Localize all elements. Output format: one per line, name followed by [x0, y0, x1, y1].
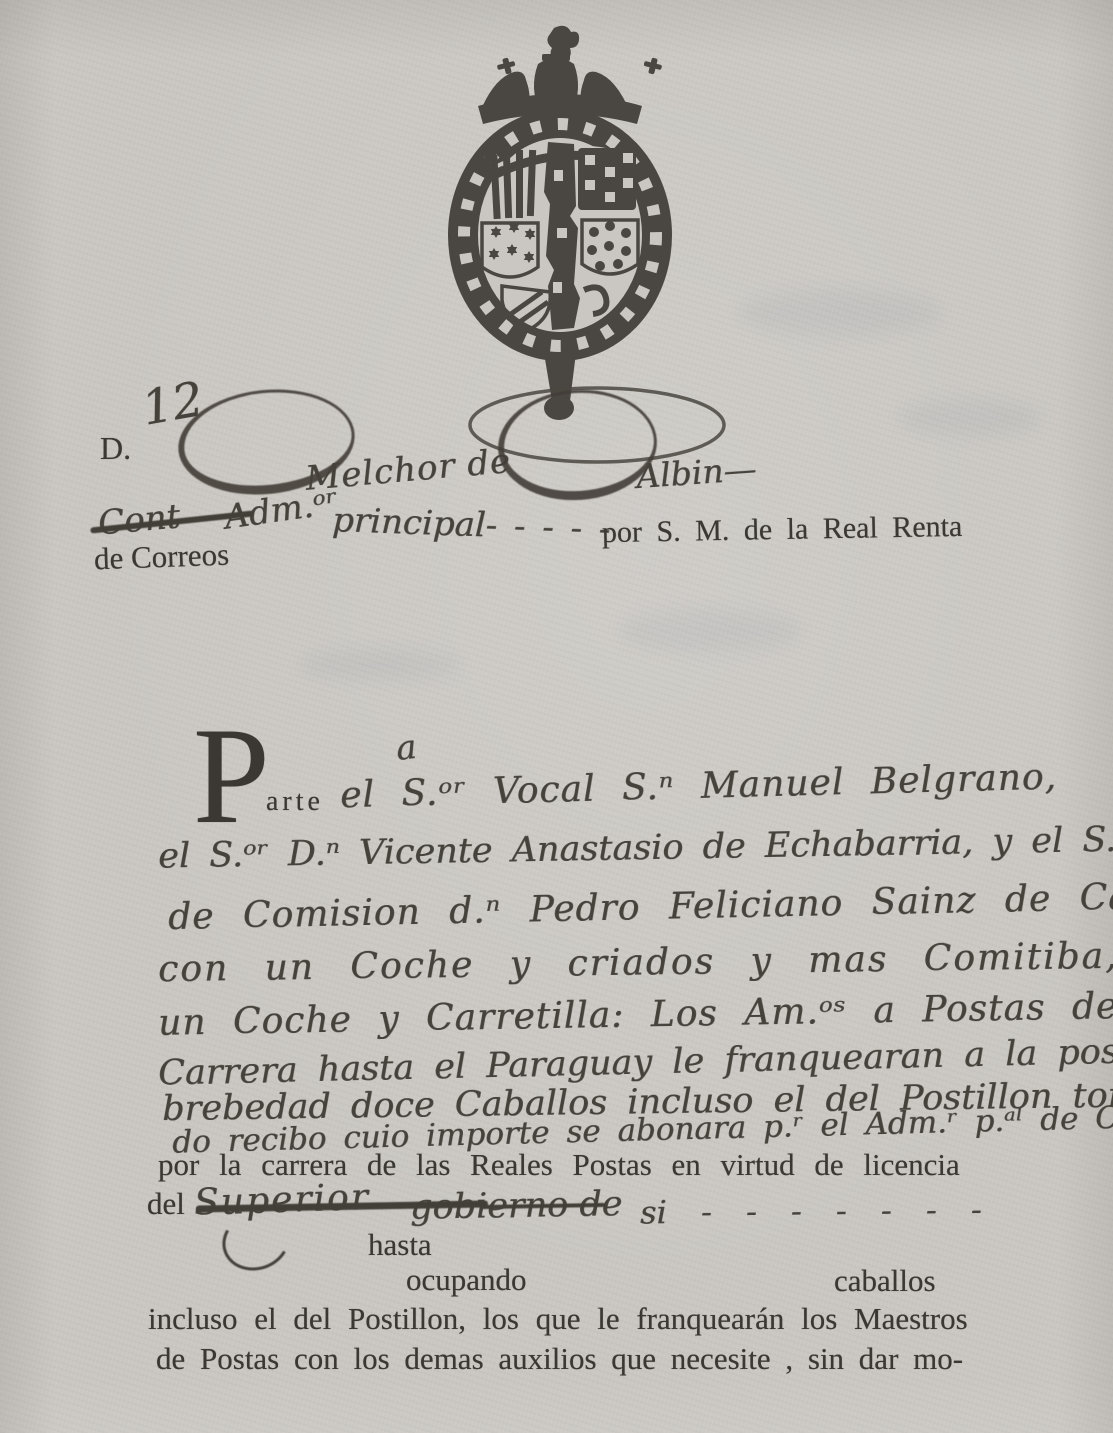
printed-by-king: por S. M. de la Real Renta [602, 510, 963, 550]
handwritten-line: de Comision d.ⁿ Pedro Feliciano Sainz de… [168, 875, 1113, 938]
handwritten-si-dashes: si - - - - - - - [640, 1191, 982, 1232]
printed-del-label: del [147, 1186, 185, 1222]
printed-caballos: caballos [834, 1263, 936, 1299]
handwritten-line: el S.ᵒʳ Vocal S.ⁿ Manuel Belgrano, [340, 757, 1058, 817]
printed-initial-rest: arte [266, 786, 324, 818]
printed-of-mail: de Correos [93, 537, 229, 578]
printed-initial-capital: P [193, 722, 270, 830]
handwritten-superior: Superior [193, 1177, 370, 1224]
showthrough-mark [300, 650, 460, 680]
document-page: 12 D. Melchor de Albin— Cont Adm.ᵒʳ prin… [0, 0, 1113, 1433]
handwritten-admin-rest: principal- - - - - [331, 500, 611, 550]
showthrough-mark [620, 610, 800, 652]
printed-ocupando: ocupando [406, 1262, 527, 1298]
printed-d-label: D. [100, 430, 131, 467]
showthrough-mark [900, 400, 1040, 436]
printed-auxilios-line: de Postas con los demas auxilios que nec… [156, 1341, 963, 1377]
handwritten-name: Albin— [635, 449, 758, 496]
handwritten-line: con un Coche y criados y mas Comitiba, e… [158, 935, 1113, 991]
printed-carrera-line: por la carrera de las Reales Postas en v… [158, 1147, 960, 1183]
printed-franqueo-line: incluso el del Postillon, los que le fra… [148, 1301, 968, 1337]
showthrough-mark [740, 290, 940, 336]
printed-hasta: hasta [368, 1227, 432, 1263]
handwritten-line: el S.ᵒʳ D.ⁿ Vicente Anastasio de Echabar… [158, 819, 1113, 876]
handwritten-superscript: a [394, 727, 418, 769]
